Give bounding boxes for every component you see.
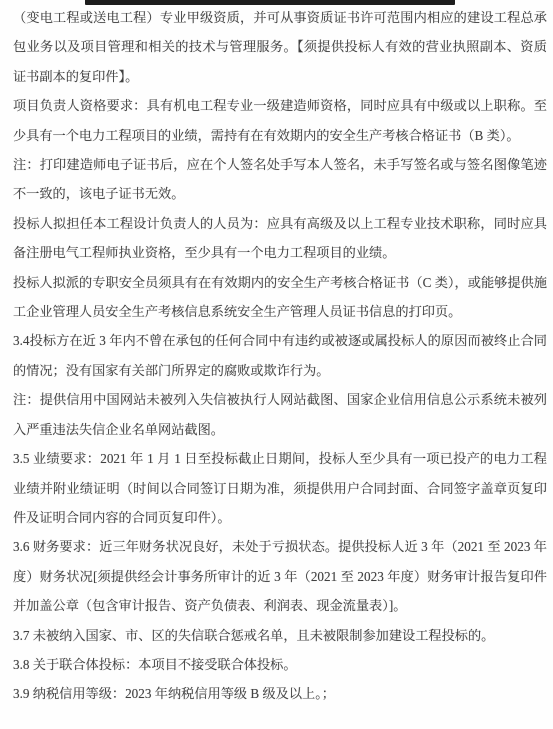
paragraph-design-leader-requirements: 投标人拟担任本工程设计负责人的人员为：应具有高级及以上工程专业技术职称，同时应具… [13, 209, 547, 268]
paragraph-project-leader-requirements: 项目负责人资格要求：具有机电工程专业一级建造师资格，同时应具有中级或以上职称。至… [13, 91, 547, 150]
paragraph-3-6-financial-requirements: 3.6 财务要求：近三年财务状况良好，未处于亏损状态。提供投标人近 3 年（20… [13, 532, 547, 620]
document-page: （变电工程或送电工程）专业甲级资质，并可从事资质证书许可范围内相应的建设工程总承… [0, 0, 553, 729]
paragraph-note-credit-screenshots: 注：提供信用中国网站未被列入失信被执行人网站截图、国家企业信用信息公示系统未被列… [13, 385, 547, 444]
paragraph-note-signature: 注：打印建造师电子证书后，应在个人签名处手写本人签名，未手写签名或与签名图像笔迹… [13, 150, 547, 209]
paragraph-3-9-tax-credit-rating: 3.9 纳税信用等级：2023 年纳税信用等级 B 级及以上。； [13, 679, 547, 708]
paragraph-safety-officer-requirements: 投标人拟派的专职安全员须具有在有效期内的安全生产考核合格证书（C 类），或能够提… [13, 268, 547, 327]
paragraph-qualification-scope: （变电工程或送电工程）专业甲级资质，并可从事资质证书许可范围内相应的建设工程总承… [13, 3, 547, 91]
document-body: （变电工程或送电工程）专业甲级资质，并可从事资质证书许可范围内相应的建设工程总承… [13, 3, 547, 709]
paragraph-3-4-contract-record: 3.4投标方在近 3 年内不曾在承包的任何合同中有违约或被逐或属投标人的原因而被… [13, 326, 547, 385]
paragraph-3-7-blacklist: 3.7 未被纳入国家、市、区的失信联合惩戒名单，且未被限制参加建设工程投标的。 [13, 621, 547, 650]
paragraph-3-8-consortium-bidding: 3.8 关于联合体投标：本项目不接受联合体投标。 [13, 650, 547, 679]
paragraph-3-5-performance-requirements: 3.5 业绩要求：2021 年 1 月 1 日至投标截止日期间，投标人至少具有一… [13, 444, 547, 532]
